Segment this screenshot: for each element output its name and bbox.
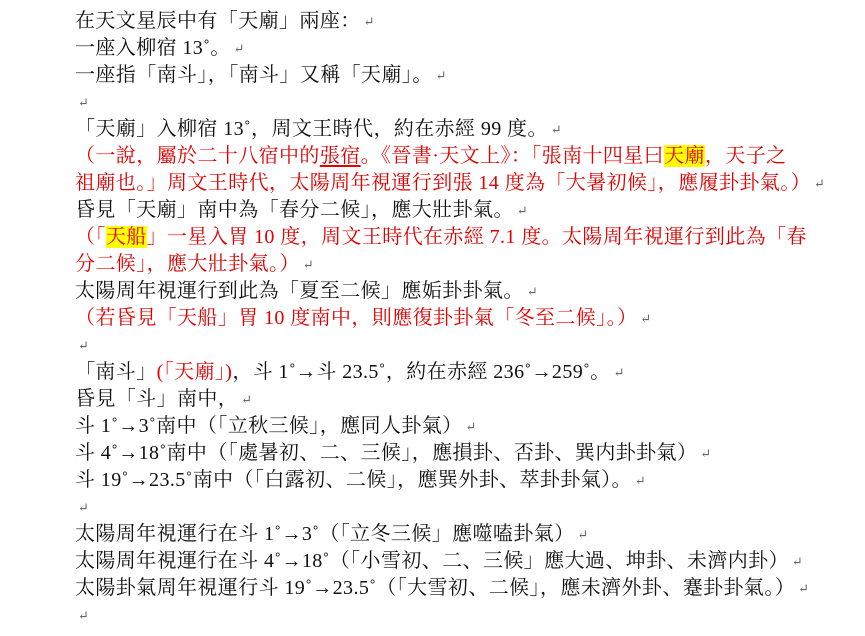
text-segment: 太陽周年視運行到此為「夏至二候」應姤卦卦氣。 (75, 280, 524, 302)
text-line: 太陽卦氣周年視運行斗 19˚→23.5˚（「大雪初、二候」，應未濟外卦、蹇卦卦氣… (75, 575, 857, 602)
text-segment: 昏見「斗」南中， (75, 388, 238, 410)
text-line: ↵ (75, 602, 857, 629)
paragraph-mark-icon: ↵ (78, 494, 89, 521)
text-line: ↵ (75, 332, 857, 359)
text-segment: 祖廟也。」周文王時代，太陽周年視運行到張 14 度為「大暑初候」，應履卦卦氣。） (75, 172, 811, 194)
text-segment: （一說，屬於二十八宿中的 (75, 145, 320, 167)
highlighted-term: 天廟 (664, 145, 705, 167)
text-line: （「天船」一星入胃 10 度，周文王時代在赤經 7.1 度。太陽周年視運行到此為… (75, 224, 857, 251)
text-segment: 。《晉書·天文上》：「張南十四星曰 (361, 145, 664, 167)
text-line: 一座入柳宿 13˚。↵ (75, 35, 857, 62)
text-line: 「天廟」入柳宿 13˚，周文王時代，約在赤經 99 度。↵ (75, 116, 857, 143)
paragraph-mark-icon: ↵ (700, 440, 711, 467)
paragraph-mark-icon: ↵ (364, 8, 375, 35)
text-segment: ，天子之 (705, 145, 787, 167)
text-segment: 一座入柳宿 13˚。 (75, 37, 231, 59)
text-segment: 斗 19˚→23.5˚南中（「白露初、二候」，應巽外卦、萃卦卦氣）。 (75, 469, 632, 491)
text-line: 太陽周年視運行在斗 4˚→18˚（「小雪初、二、三候」應大過、坤卦、未濟内卦）↵ (75, 548, 857, 575)
text-line: （若昏見「天船」胃 10 度南中，則應復卦卦氣「冬至二候」。）↵ (75, 305, 857, 332)
paragraph-mark-icon: ↵ (436, 62, 447, 89)
text-line: 在天文星辰中有「天廟」兩座：↵ (75, 8, 857, 35)
text-segment: 昏見「天廟」南中為「春分二候」，應大壯卦氣。 (75, 199, 514, 221)
text-segment: 「天廟」入柳宿 13˚，周文王時代，約在赤經 99 度。 (75, 118, 548, 140)
text-segment: 斗 4˚→18˚南中（「處暑初、二、三候」，應損卦、否卦、巽内卦卦氣） (75, 442, 697, 464)
text-line: 「南斗」(「天廟」)，斗 1˚→斗 23.5˚，約在赤經 236˚→259˚。↵ (75, 359, 857, 386)
text-segment: 斗 1˚→3˚南中（「立秋三候」，應同人卦氣） (75, 415, 463, 437)
text-segment: 「南斗」 (75, 361, 157, 383)
paragraph-mark-icon: ↵ (551, 116, 562, 143)
paragraph-mark-icon: ↵ (517, 197, 528, 224)
text-line: 分二候」，應大壯卦氣。）↵ (75, 251, 857, 278)
text-line: 斗 19˚→23.5˚南中（「白露初、二候」，應巽外卦、萃卦卦氣）。↵ (75, 467, 857, 494)
paragraph-mark-icon: ↵ (241, 386, 252, 413)
underlined-term: 張宿 (320, 145, 361, 167)
text-segment: 一座指「南斗」，「南斗」又稱「天廟」。 (75, 64, 433, 86)
text-line: 昏見「天廟」南中為「春分二候」，應大壯卦氣。↵ (75, 197, 857, 224)
text-line: 太陽周年視運行到此為「夏至二候」應姤卦卦氣。↵ (75, 278, 857, 305)
text-line: ↵ (75, 89, 857, 116)
text-line: ↵ (75, 494, 857, 521)
text-line: 一座指「南斗」，「南斗」又稱「天廟」。↵ (75, 62, 857, 89)
text-segment: 太陽卦氣周年視運行斗 19˚→23.5˚（「大雪初、二候」，應未濟外卦、蹇卦卦氣… (75, 577, 795, 599)
document-page: 在天文星辰中有「天廟」兩座：↵一座入柳宿 13˚。↵一座指「南斗」，「南斗」又稱… (0, 0, 865, 636)
paragraph-mark-icon: ↵ (798, 575, 809, 602)
paragraph-mark-icon: ↵ (578, 521, 589, 548)
text-line: 斗 4˚→18˚南中（「處暑初、二、三候」，應損卦、否卦、巽内卦卦氣）↵ (75, 440, 857, 467)
paragraph-mark-icon: ↵ (78, 89, 89, 116)
text-line: 斗 1˚→3˚南中（「立秋三候」，應同人卦氣）↵ (75, 413, 857, 440)
paragraph-mark-icon: ↵ (614, 359, 625, 386)
text-segment: 太陽周年視運行在斗 4˚→18˚（「小雪初、二、三候」應大過、坤卦、未濟内卦） (75, 550, 789, 572)
paragraph-mark-icon: ↵ (303, 251, 314, 278)
text-segment: （「 (75, 226, 106, 248)
text-segment: （若昏見「天船」胃 10 度南中，則應復卦卦氣「冬至二候」。） (75, 307, 637, 329)
paragraph-mark-icon: ↵ (527, 278, 538, 305)
text-line: 昏見「斗」南中，↵ (75, 386, 857, 413)
paragraph-mark-icon: ↵ (814, 170, 825, 197)
paragraph-mark-icon: ↵ (78, 602, 89, 629)
text-line: （一說，屬於二十八宿中的張宿。《晉書·天文上》：「張南十四星曰天廟，天子之 (75, 143, 857, 170)
paragraph-mark-icon: ↵ (635, 467, 646, 494)
paragraph-mark-icon: ↵ (466, 413, 477, 440)
text-line: 祖廟也。」周文王時代，太陽周年視運行到張 14 度為「大暑初候」，應履卦卦氣。）… (75, 170, 857, 197)
text-segment: 分二候」，應大壯卦氣。） (75, 253, 300, 275)
paragraph-mark-icon: ↵ (640, 305, 651, 332)
text-segment: 太陽周年視運行在斗 1˚→3˚（「立冬三候」應噬嗑卦氣） (75, 523, 575, 545)
highlighted-term: 天船 (106, 226, 147, 248)
text-segment: 在天文星辰中有「天廟」兩座： (75, 10, 361, 32)
text-segment: ，斗 1˚→斗 23.5˚，約在赤經 236˚→259˚。 (232, 361, 610, 383)
text-segment: (「天廟」) (157, 361, 233, 383)
paragraph-mark-icon: ↵ (78, 332, 89, 359)
paragraph-mark-icon: ↵ (792, 548, 803, 575)
text-line: 太陽周年視運行在斗 1˚→3˚（「立冬三候」應噬嗑卦氣）↵ (75, 521, 857, 548)
paragraph-mark-icon: ↵ (234, 35, 245, 62)
text-segment: 」一星入胃 10 度，周文王時代在赤經 7.1 度。太陽周年視運行到此為「春 (147, 226, 807, 248)
